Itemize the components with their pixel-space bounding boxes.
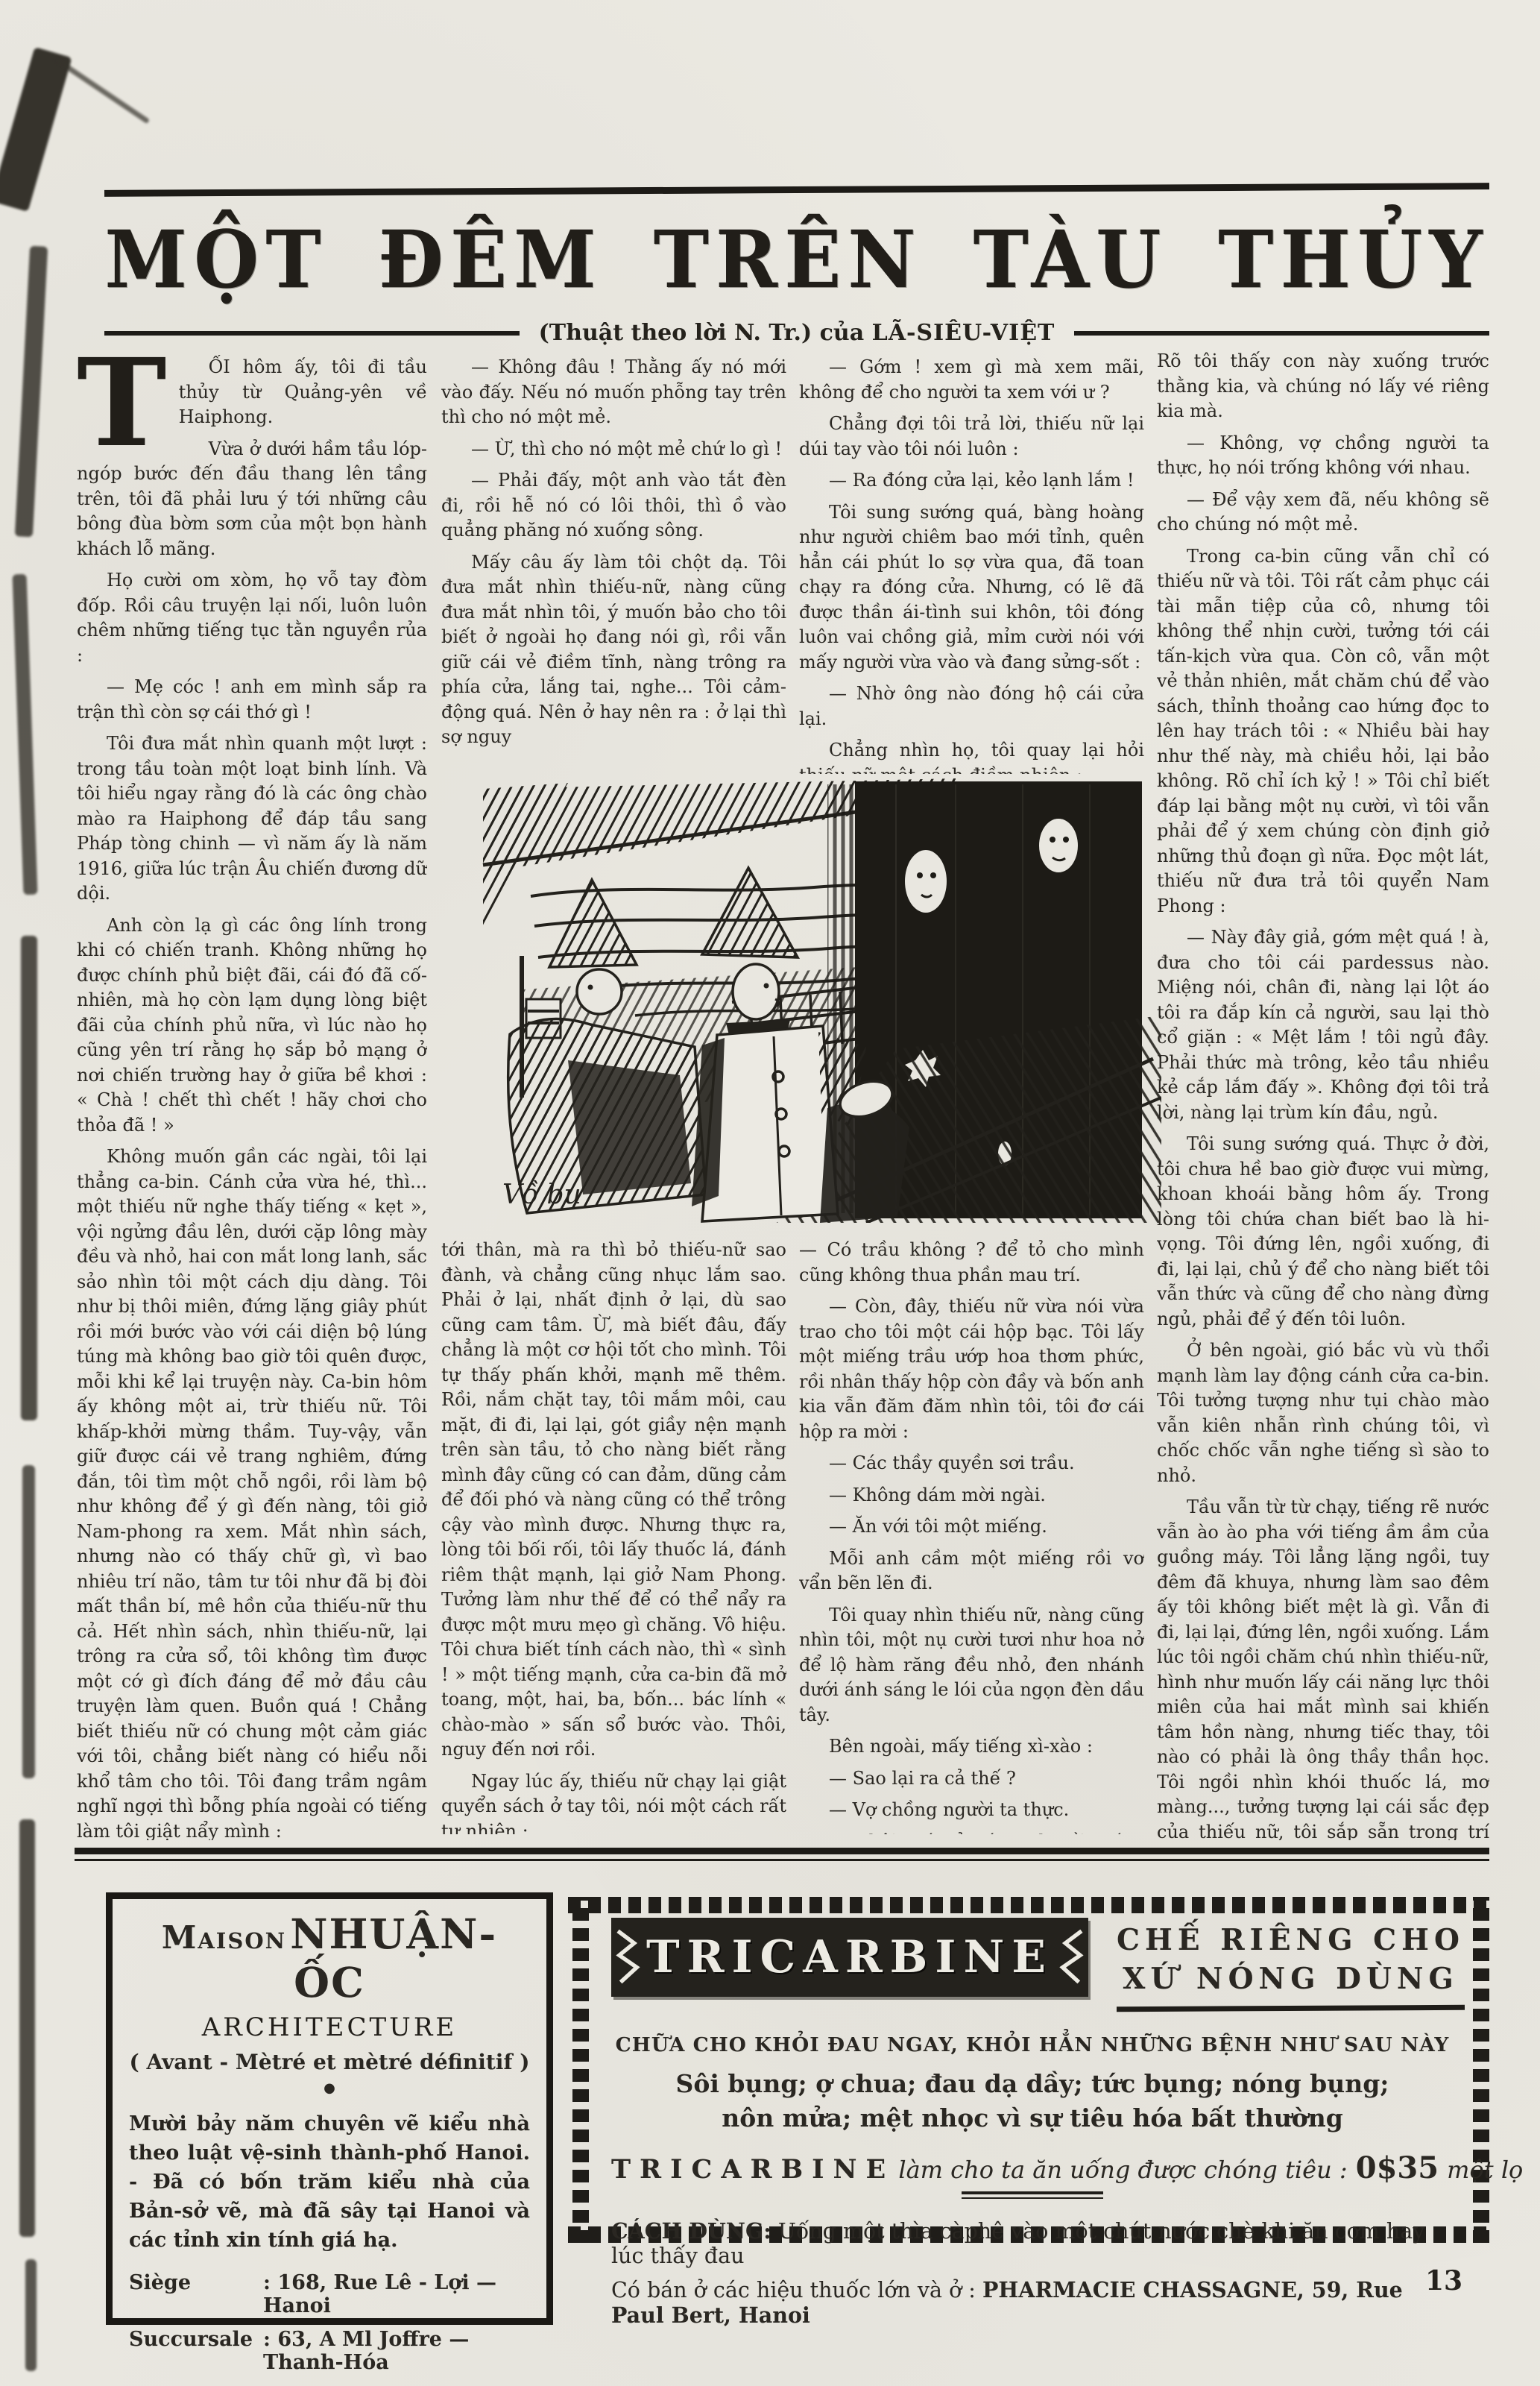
paragraph: — Này đây giả, gớm mệt quá ! à, đưa cho … <box>1157 925 1489 1125</box>
paragraph: — Không, vợ chồng người ta thực, họ nói … <box>1157 431 1489 481</box>
woodcut-ship-scene: Vồ bu <box>479 777 1161 1223</box>
artist-signature: Vồ bu <box>502 1180 581 1210</box>
article-column-3-bottom: — Có trầu không ? để tỏ cho mình cũng kh… <box>799 1238 1144 1834</box>
paragraph: Ngay lúc ấy, thiếu nữ chạy lại giật quyể… <box>441 1769 786 1835</box>
tricarbine-right-line1: CHẾ RIÊNG CHO <box>1117 1921 1465 1960</box>
page-number: 13 <box>1425 2265 1462 2297</box>
story-illustration: Vồ bu <box>479 777 1161 1223</box>
tricarbine-header-right: CHẾ RIÊNG CHO XỨ NÓNG DÙNG <box>1117 1918 1465 2011</box>
price-text: làm cho ta ăn uống được chóng tiêu : <box>898 2156 1347 2184</box>
scan-artifact <box>13 574 38 895</box>
tricarbine-logo-box: TRICARBINE <box>611 1918 1088 1997</box>
article-column-2-top: — Không đâu ! Thằng ấy nó mới vào đấy. N… <box>441 355 786 774</box>
paragraph: Trong ca-bin cũng vẫn chỉ có thiếu nữ và… <box>1157 544 1489 919</box>
drop-cap: T <box>77 355 179 447</box>
checker-border-top <box>568 1897 1489 1913</box>
paragraph: Rõ tôi thấy con này xuống trước thằng ki… <box>1157 349 1489 424</box>
paragraph: — Không đâu ! Thằng ấy nó mới vào đấy. N… <box>441 355 786 430</box>
subtitle-author: LÃ-SIÊU-VIỆT <box>872 320 1055 346</box>
scan-artifact <box>15 246 48 538</box>
availability-prefix: Có bán ở các hiệu thuốc lớn và ở : <box>611 2278 976 2302</box>
paragraph: Chẳng nhìn họ, tôi quay lại hỏi thiếu nữ… <box>799 738 1144 774</box>
subtitle-rule-right <box>1074 331 1489 336</box>
paragraph: — Các thầy quyền sơi trầu. <box>799 1451 1144 1476</box>
checker-border-left <box>572 1897 589 2243</box>
paragraph: — Ăn với tôi một miếng. <box>799 1514 1144 1540</box>
paragraph: Ở bên ngoài, gió bắc vù vù thổi mạnh làm… <box>1157 1338 1489 1488</box>
paragraph: Chẳng đợi tôi trả lời, thiếu nữ lại dúi … <box>799 412 1144 462</box>
tricarbine-symptoms-1: Sôi bụng; ợ chua; đau dạ dầy; tức bụng; … <box>611 2067 1454 2101</box>
maison-address-succursale: Succursale : 63, A Ml Joffre — Thanh-Hóa <box>129 2328 530 2374</box>
article-bottom-rule <box>75 1848 1489 1861</box>
tricarbine-logo: TRICARBINE <box>646 1931 1053 1983</box>
tricarbine-right-line2: XỨ NÓNG DÙNG <box>1117 1960 1465 1998</box>
tricarbine-header-row: TRICARBINE CHẾ RIÊNG CHO XỨ NÓNG DÙNG <box>611 1918 1454 2011</box>
article-column-3-top: — Gớm ! xem gì mà xem mãi, không để cho … <box>799 355 1144 774</box>
column-2-top-paragraphs: — Không đâu ! Thằng ấy nó mới vào đấy. N… <box>441 355 786 750</box>
paragraph: Bên ngoài, mấy tiếng xì-xào : <box>799 1734 1144 1760</box>
ad-tricarbine: TRICARBINE CHẾ RIÊNG CHO XỨ NÓNG DÙNG CH… <box>611 1918 1454 2328</box>
scan-artifact <box>19 1819 35 2237</box>
usage-label: CÁCH DÙNG: <box>611 2218 771 2244</box>
paragraph: Tầu vẫn từ từ chạy, tiếng rẽ nước vẫn ào… <box>1157 1495 1489 1840</box>
scan-artifact <box>25 2259 37 2371</box>
checker-border-right <box>1473 1897 1489 2243</box>
article-column-4: Rõ tôi thấy con này xuống trước thằng ki… <box>1157 349 1489 1840</box>
column-3-bottom-paragraphs: — Có trầu không ? để tỏ cho mình cũng kh… <box>799 1238 1144 1834</box>
column-4-paragraphs: Rõ tôi thấy con này xuống trước thằng ki… <box>1157 349 1489 1840</box>
price-unit: một lọ <box>1447 2156 1523 2184</box>
maison-address-siege: Siège : 168, Rue Lê - Lợi — Hanoi <box>129 2271 530 2317</box>
paragraph: — Gớm ! xem gì mà xem mãi, không để cho … <box>799 355 1144 405</box>
paragraph: — Không dám mời ngài. <box>799 1483 1144 1508</box>
paragraph: — Nhờ ông nào đóng hộ cái cửa lại. <box>799 682 1144 731</box>
tricarbine-availability: Có bán ở các hiệu thuốc lớn và ở : PHARM… <box>611 2277 1454 2328</box>
paragraph: — Phải đấy, một anh vào tắt đèn đi, rồi … <box>441 468 786 544</box>
paragraph: — Thôi, nó xỏ các anh rồi, nó « đấm mồm … <box>799 1830 1144 1835</box>
tricarbine-right-underline <box>1117 2005 1465 2012</box>
dot-ornament: ● <box>129 2080 530 2096</box>
paragraph: Mấy câu ấy làm tôi chột dạ. Tôi đưa mắt … <box>441 550 786 750</box>
siege-value: : 168, Rue Lê - Lợi — Hanoi <box>263 2271 530 2317</box>
maison-title-word2: NHUẬN-ỐC <box>290 1910 497 2006</box>
scan-artifact <box>21 936 37 1420</box>
subtitle-prefix: (Thuật theo lời N. Tr.) của <box>539 320 865 346</box>
paragraph: — Có trầu không ? để tỏ cho mình cũng kh… <box>799 1238 1144 1288</box>
paragraph: tới thân, mà ra thì bỏ thiếu-nữ sao đành… <box>441 1238 786 1763</box>
paragraph: — Sao lại ra cả thế ? <box>799 1766 1144 1792</box>
paragraph: Tôi sung sướng quá, bàng hoàng như người… <box>799 500 1144 676</box>
ad-maison-nhuan-oc: Maison NHUẬN-ỐC ARCHITECTURE ( Avant - M… <box>106 1892 553 2325</box>
price-underline <box>962 2191 1103 2199</box>
succursale-label: Succursale <box>129 2328 263 2374</box>
article-column-1: T ỐI hôm ấy, tôi đi tầu thủy từ Quảng-yê… <box>77 355 427 1840</box>
logo-ornament-right <box>1053 1925 1088 1989</box>
paragraph: — Ừ, thì cho nó một mẻ chứ lo gì ! <box>441 437 786 462</box>
tricarbine-symptoms-2: nôn mửa; mệt nhọc vì sự tiêu hóa bất thư… <box>611 2101 1454 2135</box>
paragraph: Tôi quay nhìn thiếu nữ, nàng cũng nhìn t… <box>799 1603 1144 1728</box>
paragraph: — Ra đóng cửa lại, kẻo lạnh lắm ! <box>799 468 1144 494</box>
subtitle-rule-left <box>104 331 520 336</box>
paragraph: — Vợ chồng người ta thực. <box>799 1798 1144 1823</box>
maison-title: Maison NHUẬN-ỐC <box>129 1910 530 2006</box>
subtitle-row: (Thuật theo lời N. Tr.) của LÃ-SIÊU-VIỆT <box>104 320 1489 346</box>
scan-artifact <box>0 47 72 212</box>
logo-ornament-left <box>611 1925 646 1989</box>
column-2-bottom-paragraphs: tới thân, mà ra thì bỏ thiếu-nữ sao đành… <box>441 1238 786 1834</box>
maison-subtitle: ARCHITECTURE <box>129 2012 530 2042</box>
paragraph: Họ cười om xòm, họ vỗ tay đòm đốp. Rồi c… <box>77 568 427 668</box>
price-value: 0$35 <box>1351 2150 1443 2185</box>
paragraph: Tôi sung sướng quá. Thực ở đời, tôi chưa… <box>1157 1132 1489 1332</box>
article-header: MỘT ĐÊM TRÊN TÀU THỦY (Thuật theo lời N.… <box>104 186 1489 346</box>
article-title: MỘT ĐÊM TRÊN TÀU THỦY <box>104 213 1489 306</box>
maison-body-text: Mười bảy năm chuyên vẽ kiểu nhà theo luậ… <box>129 2109 530 2255</box>
paragraph: Không muốn gần các ngài, tôi lại thẳng c… <box>77 1145 427 1840</box>
maison-title-word1: Maison <box>162 1919 286 1956</box>
scan-artifact <box>22 1465 35 1778</box>
column-3-top-paragraphs: — Gớm ! xem gì mà xem mãi, không để cho … <box>799 355 1144 774</box>
paragraph: Mỗi anh cầm một miếng rồi vơ vẩn bẽn lẽn… <box>799 1546 1144 1596</box>
tricarbine-claim: CHỮA CHO KHỎI ĐAU NGAY, KHỎI HẲN NHỮNG B… <box>611 2033 1454 2056</box>
paragraph: Tôi đưa mắt nhìn quanh một lượt : trong … <box>77 731 427 907</box>
tricarbine-price-line: TRICARBINE làm cho ta ăn uống được chóng… <box>611 2150 1454 2185</box>
paragraph: — Mẹ cóc ! anh em mình sắp ra trận thì c… <box>77 675 427 725</box>
maison-tagline: ( Avant - Mètré et mètré définitif ) <box>129 2050 530 2074</box>
siege-label: Siège <box>129 2271 263 2317</box>
paragraph: Anh còn lạ gì các ông lính trong khi có … <box>77 913 427 1139</box>
paragraph: — Để vậy xem đã, nếu không sẽ cho chúng … <box>1157 488 1489 538</box>
header-rule <box>104 183 1489 197</box>
price-brand: TRICARBINE <box>611 2154 894 2185</box>
tricarbine-usage: CÁCH DÙNG: Uống một thìa càphê vào một c… <box>611 2218 1454 2268</box>
column-1-paragraphs: ỐI hôm ấy, tôi đi tầu thủy từ Quảng-yên … <box>77 355 427 1840</box>
article-column-2-bottom: tới thân, mà ra thì bỏ thiếu-nữ sao đành… <box>441 1238 786 1834</box>
newspaper-page: MỘT ĐÊM TRÊN TÀU THỦY (Thuật theo lời N.… <box>0 0 1540 2386</box>
scan-artifact <box>54 57 150 125</box>
article-subtitle: (Thuật theo lời N. Tr.) của LÃ-SIÊU-VIỆT <box>539 320 1055 346</box>
paragraph: — Còn, đây, thiếu nữ vừa nói vừa trao ch… <box>799 1294 1144 1444</box>
succursale-value: : 63, A Ml Joffre — Thanh-Hóa <box>263 2328 530 2374</box>
